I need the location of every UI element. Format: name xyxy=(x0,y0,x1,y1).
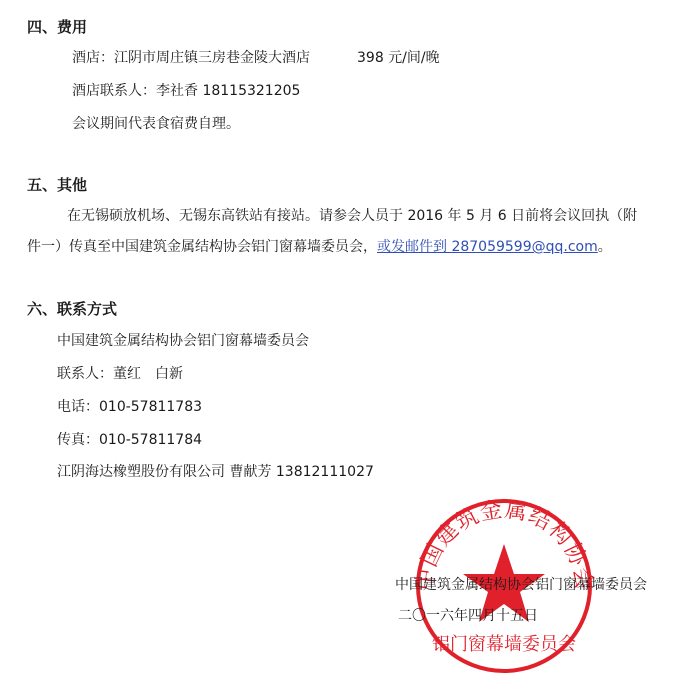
hotel-contact: 酒店联系人：李社香 18115321205 xyxy=(72,80,300,100)
meal-note: 会议期间代表食宿费自理。 xyxy=(72,113,240,133)
period: 。 xyxy=(598,239,612,255)
section-heading-fees: 四、费用 xyxy=(27,16,87,37)
seal-bottom-text: 铝门窗幕墙委员会 xyxy=(432,634,576,655)
signature-org: 中国建筑金属结构协会铝门窗幕墙委员会 xyxy=(395,574,647,594)
contact-company: 江阴海达橡塑股份有限公司 曹献芳 13812111027 xyxy=(57,461,374,481)
other-paragraph-line1: 在无锡硕放机场、无锡东高铁站有接站。请参会人员于 2016 年 5 月 6 日前… xyxy=(67,205,637,225)
contact-persons: 联系人：董红 白新 xyxy=(57,363,183,383)
contact-phone: 电话：010-57811783 xyxy=(57,396,202,416)
contact-org: 中国建筑金属结构协会铝门窗幕墙委员会 xyxy=(57,330,309,350)
signature-date: 二〇一六年四月十五日 xyxy=(398,605,538,625)
contact-fax: 传真：010-57811784 xyxy=(57,429,202,449)
other-paragraph-line2: 件一）传真至中国建筑金属结构协会铝门窗幕墙委员会，或发邮件到 287059599… xyxy=(27,236,612,256)
hotel-price: 398 元/间/晚 xyxy=(357,47,440,67)
fax-instruction: 件一）传真至中国建筑金属结构协会铝门窗幕墙委员会， xyxy=(27,239,377,255)
email-link[interactable]: 或发邮件到 287059599@qq.com xyxy=(377,239,598,255)
section-heading-contact: 六、联系方式 xyxy=(27,298,117,319)
hotel-name: 酒店：江阴市周庄镇三房巷金陵大酒店 xyxy=(72,47,310,67)
section-heading-other: 五、其他 xyxy=(27,174,87,195)
